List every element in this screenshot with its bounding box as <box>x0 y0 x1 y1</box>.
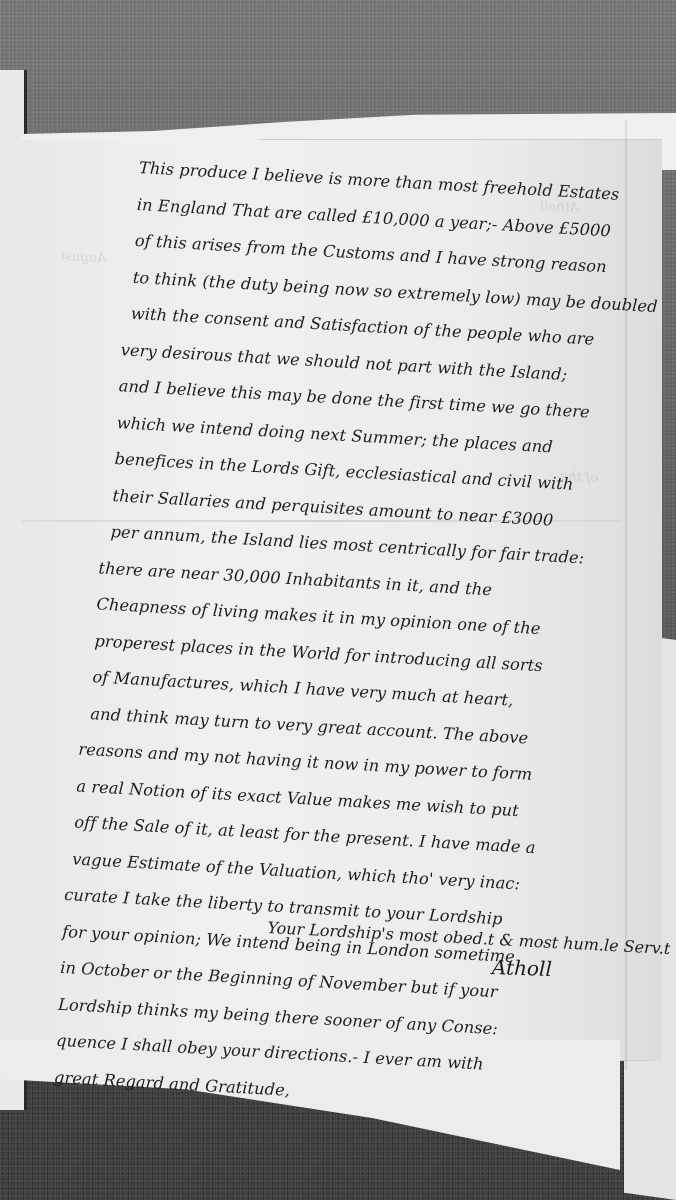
signature: Atholl <box>492 955 553 981</box>
letter-body: This produce I believe is more than most… <box>87 150 676 1128</box>
ink-bleed-through: August <box>60 249 107 266</box>
